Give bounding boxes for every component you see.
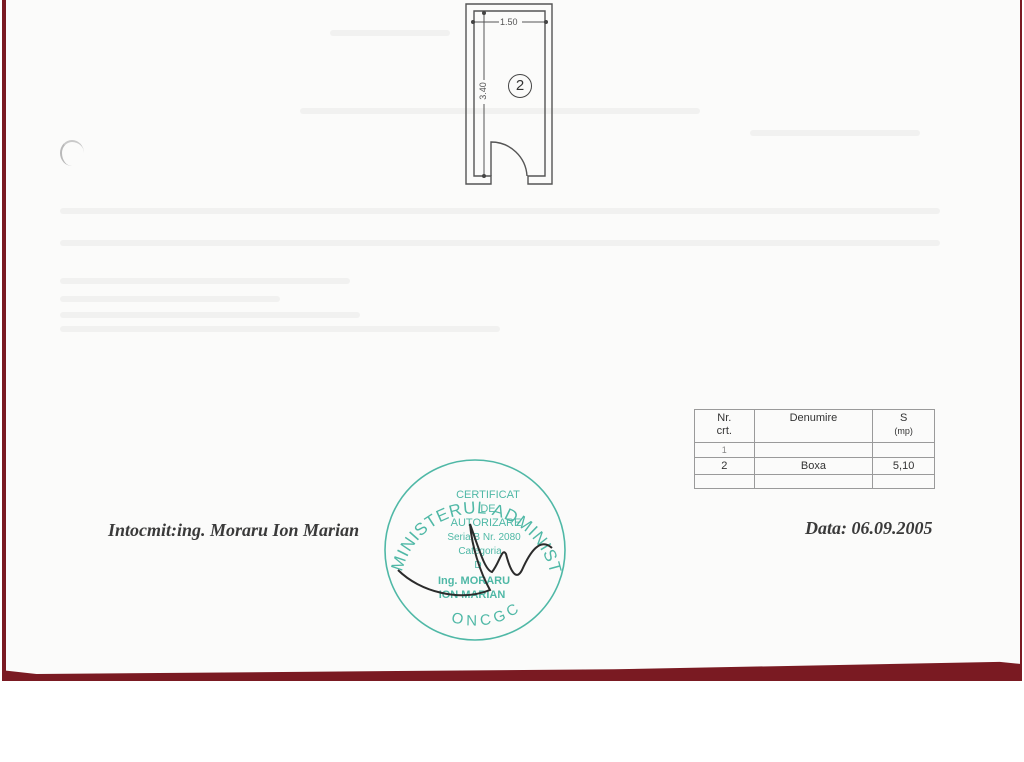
cell-nr: 2 [695,458,755,475]
bleed-through-line [60,278,350,284]
svg-text:ONCGC: ONCGC [450,598,525,629]
svg-text:MINISTERUL ADMINISTRATIEI PUBL: MINISTERUL ADMINISTRATIEI PUBLICE [380,452,565,576]
bleed-through-line [60,240,940,246]
official-stamp: MINISTERUL ADMINISTRATIEI PUBLICE ONCGC … [380,452,570,648]
stamp-line: Seria B Nr. 2080 [447,532,521,543]
header-denumire: Denumire [754,410,873,443]
table-row: 2 Boxa 5,10 [695,458,935,475]
prepared-by-text: Intocmit:ing. Moraru Ion Marian [108,520,359,541]
table-row: 1 [695,443,935,458]
bleed-through-line [330,30,450,36]
stamp-line: Ing. MORARU [438,575,510,587]
bleed-through-line [60,312,360,318]
punch-hole-mark [60,140,84,166]
cell-area [873,475,935,489]
stamp-outer-bottom-text: ONCGC [450,598,525,629]
length-dimension-label: 3.40 [478,82,488,100]
room-number-marker: 2 [508,74,532,98]
bleed-through-line [750,130,920,136]
cell-denumire [754,475,873,489]
header-area: S(mp) [873,410,935,443]
stamp-line: CERTIFICAT [456,489,520,501]
room-area-table: Nr.crt. Denumire S(mp) 1 2 Boxa 5,10 [694,409,935,489]
header-nr: Nr.crt. [695,410,755,443]
bleed-through-line [60,296,280,302]
stamp-outer-top-text: MINISTERUL ADMINISTRATIEI PUBLICE [380,452,565,576]
cell-area [873,443,935,458]
cell-nr [695,475,755,489]
cell-area: 5,10 [873,458,935,475]
date-text: Data: 06.09.2005 [805,518,933,539]
width-dimension-label: 1.50 [500,17,518,27]
table-row [695,475,935,489]
floor-plan-drawing [462,0,558,190]
bleed-through-line [60,326,500,332]
cell-denumire: Boxa [754,458,873,475]
bleed-through-line [60,208,940,214]
cell-nr: 1 [695,443,755,458]
stamp-line: DE [480,503,495,515]
stamp-line: AUTORIZARE [451,517,522,529]
cell-denumire [754,443,873,458]
